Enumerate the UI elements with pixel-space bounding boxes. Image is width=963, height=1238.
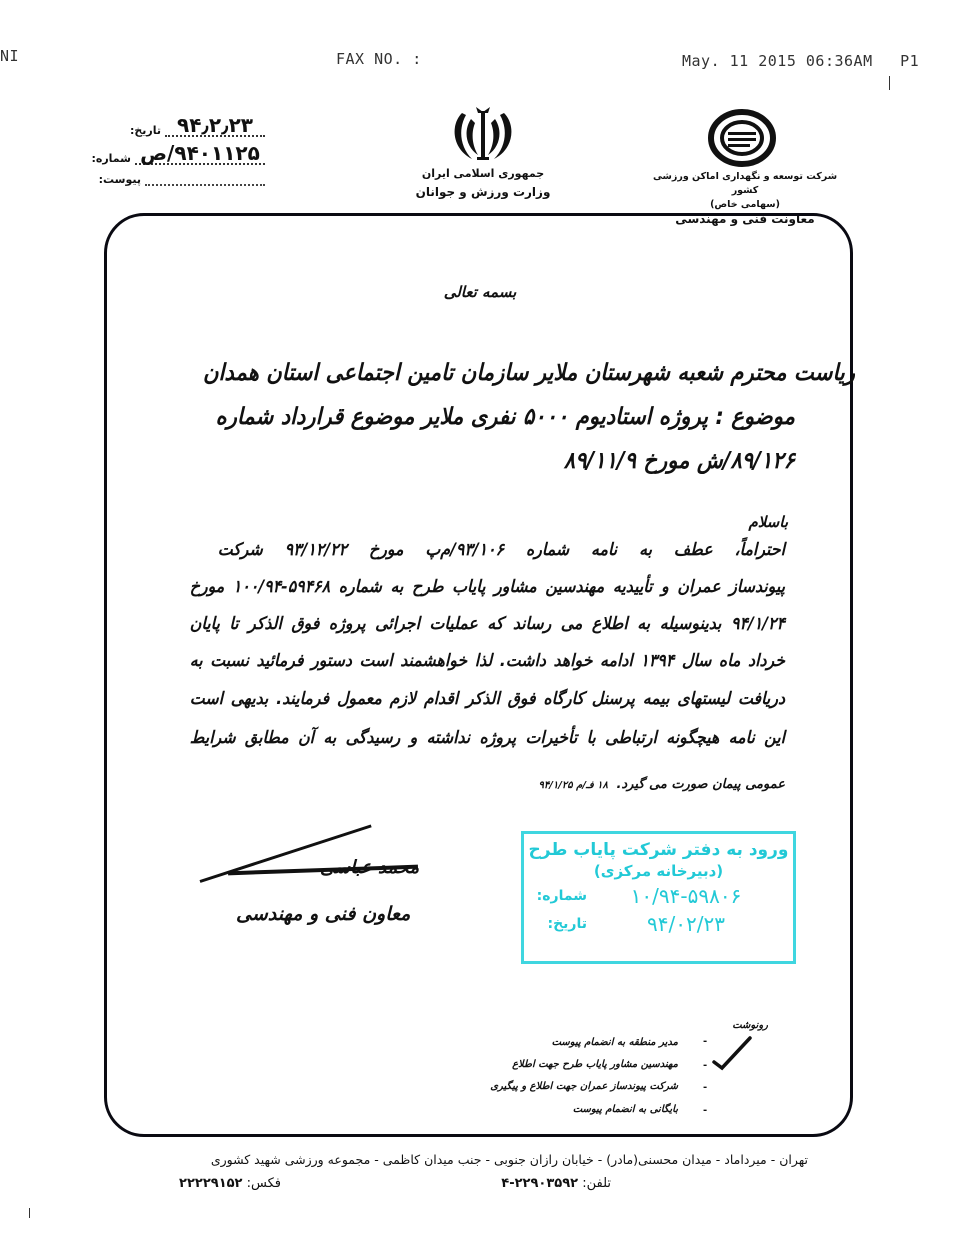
footer-fax: فکس: ۲۲۲۲۹۱۵۲	[179, 1176, 281, 1191]
letter-body-line: پیوندساز عمران و تأییدیه مهندسین مشاور پ…	[190, 577, 785, 597]
letter-body-line: دریافت لیستهای بیمه پرسنل کارگاه فوق الذ…	[190, 689, 785, 709]
company-logo-icon	[708, 108, 776, 168]
scan-artifact-line	[29, 1208, 30, 1218]
cc-item: شرکت پیوندساز عمران جهت اطلاع و پیگیری	[490, 1081, 678, 1092]
bismillah: بسمه تعالی	[430, 283, 530, 301]
emblem-line-ministry: وزارت ورزش و جوانان	[403, 183, 563, 201]
stamp-line-2: (دبیرخانه مرکزی)	[524, 862, 793, 880]
letter-body-last-line: عمومی پیمان صورت می گیرد. ۱۸ فـ/م ۹۴/۱/۲…	[538, 777, 785, 792]
stamp-line-1: ورود به دفتر شرکت پایاب طرح	[524, 840, 793, 860]
letter-recipient: ریاست محترم شعبه شهرستان ملایر سازمان تا…	[211, 360, 855, 386]
reference-attachment-row: پیوست:	[99, 173, 265, 186]
reference-attachment-value	[145, 176, 265, 186]
reference-number-label: شماره:	[91, 152, 131, 165]
fax-header-left-fragment: NI	[0, 47, 19, 65]
stamp-number-label: شماره:	[532, 888, 587, 904]
signatory-title: معاون فنی و مهندسی	[236, 903, 410, 925]
reference-number-value: ۹۴۰۱۱۲۵/ص	[135, 143, 265, 165]
footer-phone: تلفن: ۲۲۹۰۳۵۹۲-۴	[501, 1176, 611, 1191]
reference-date-value: ۹۴٫۲٫۲۳	[165, 115, 265, 137]
letter-body-line: عمومی پیمان صورت می گیرد.	[616, 777, 785, 792]
emblem-caption: جمهوری اسلامی ایران وزارت ورزش و جوانان	[403, 165, 563, 201]
cc-bullet: -	[703, 1060, 707, 1071]
stamp-date-row: تاریخ: ۹۴/۰۲/۲۳	[524, 912, 793, 936]
signatory-name: محمد عباسی	[320, 857, 419, 878]
cc-bullet: -	[703, 1082, 707, 1093]
reference-number-row: شماره: ۹۴۰۱۱۲۵/ص	[91, 143, 265, 165]
letter-body-line: احتراماً، عطف به نامه شماره ۹۳/۱۰۶/م‌پ م…	[218, 540, 785, 560]
stamp-number-value: ۱۰/۹۴-۵۹۸۰۶	[587, 884, 785, 908]
footer-phone-value: ۲۲۹۰۳۵۹۲-۴	[501, 1176, 578, 1191]
footer-fax-value: ۲۲۲۲۹۱۵۲	[179, 1176, 242, 1191]
reference-block: تاریخ: ۹۴٫۲٫۲۳ شماره: ۹۴۰۱۱۲۵/ص پیوست:	[90, 115, 265, 195]
footer-fax-label: فکس:	[247, 1176, 281, 1191]
reference-date-row: تاریخ: ۹۴٫۲٫۲۳	[130, 115, 265, 137]
cc-item: مدیر منطقه به انضمام پیوست	[552, 1037, 678, 1048]
cc-bullet: -	[703, 1036, 707, 1047]
cc-item: بایگانی به انضمام پیوست	[573, 1104, 678, 1115]
reference-attachment-label: پیوست:	[99, 173, 141, 186]
letter-body-line: خرداد ماه سال ۱۳۹۴ ادامه خواهد داشت. لذا…	[190, 651, 785, 671]
fax-datetime: May. 11 2015 06:36AM P1	[682, 52, 919, 70]
cc-bullet: -	[703, 1105, 707, 1116]
company-name: شرکت توسعه و نگهداری اماکن ورزشی کشور	[640, 170, 850, 198]
stamp-date-value: ۹۴/۰۲/۲۳	[587, 912, 785, 936]
cc-heading: رونوشت	[732, 1020, 768, 1031]
stamp-number-row: شماره: ۱۰/۹۴-۵۹۸۰۶	[524, 884, 793, 908]
letter-subject-line-2: ۸۹/۱۲۶/ش مورخ ۸۹/۱۱/۹	[427, 448, 795, 474]
iran-emblem-icon	[448, 103, 518, 165]
letter-subject-line-1: موضوع : پروژه استادیوم ۵۰۰۰ نفری ملایر م…	[188, 404, 795, 430]
letter-greeting: باسلام	[748, 513, 788, 531]
handwritten-note: ۱۸ فـ/م ۹۴/۱/۲۵	[538, 780, 607, 791]
letter-body-line: این نامه هیچگونه ارتباطی با تأخیرات پروژ…	[190, 728, 785, 748]
cc-item: مهندسین مشاور پایاب طرح جهت اطلاع	[512, 1059, 678, 1070]
fax-page-number: P1	[900, 52, 919, 70]
fax-datetime-value: May. 11 2015 06:36AM	[682, 52, 873, 70]
reference-date-label: تاریخ:	[130, 124, 161, 137]
stamp-date-label: تاریخ:	[532, 916, 587, 932]
letter-body-line: ۹۴/۱/۲۴ بدینوسیله به اطلاع می رساند که ع…	[190, 614, 785, 634]
incoming-stamp: ورود به دفتر شرکت پایاب طرح (دبیرخانه مر…	[521, 831, 796, 964]
company-type: (سهامی خاص)	[640, 198, 850, 212]
footer-phone-label: تلفن:	[582, 1176, 611, 1191]
fax-number-label: FAX NO. :	[336, 50, 422, 68]
scan-artifact-line	[889, 76, 890, 90]
checkmark-icon	[712, 1032, 752, 1072]
footer-address: تهران - میرداماد - میدان محسنی(مادر) - خ…	[88, 1152, 808, 1167]
emblem-line-republic: جمهوری اسلامی ایران	[403, 165, 563, 183]
letter-frame	[104, 213, 853, 1137]
